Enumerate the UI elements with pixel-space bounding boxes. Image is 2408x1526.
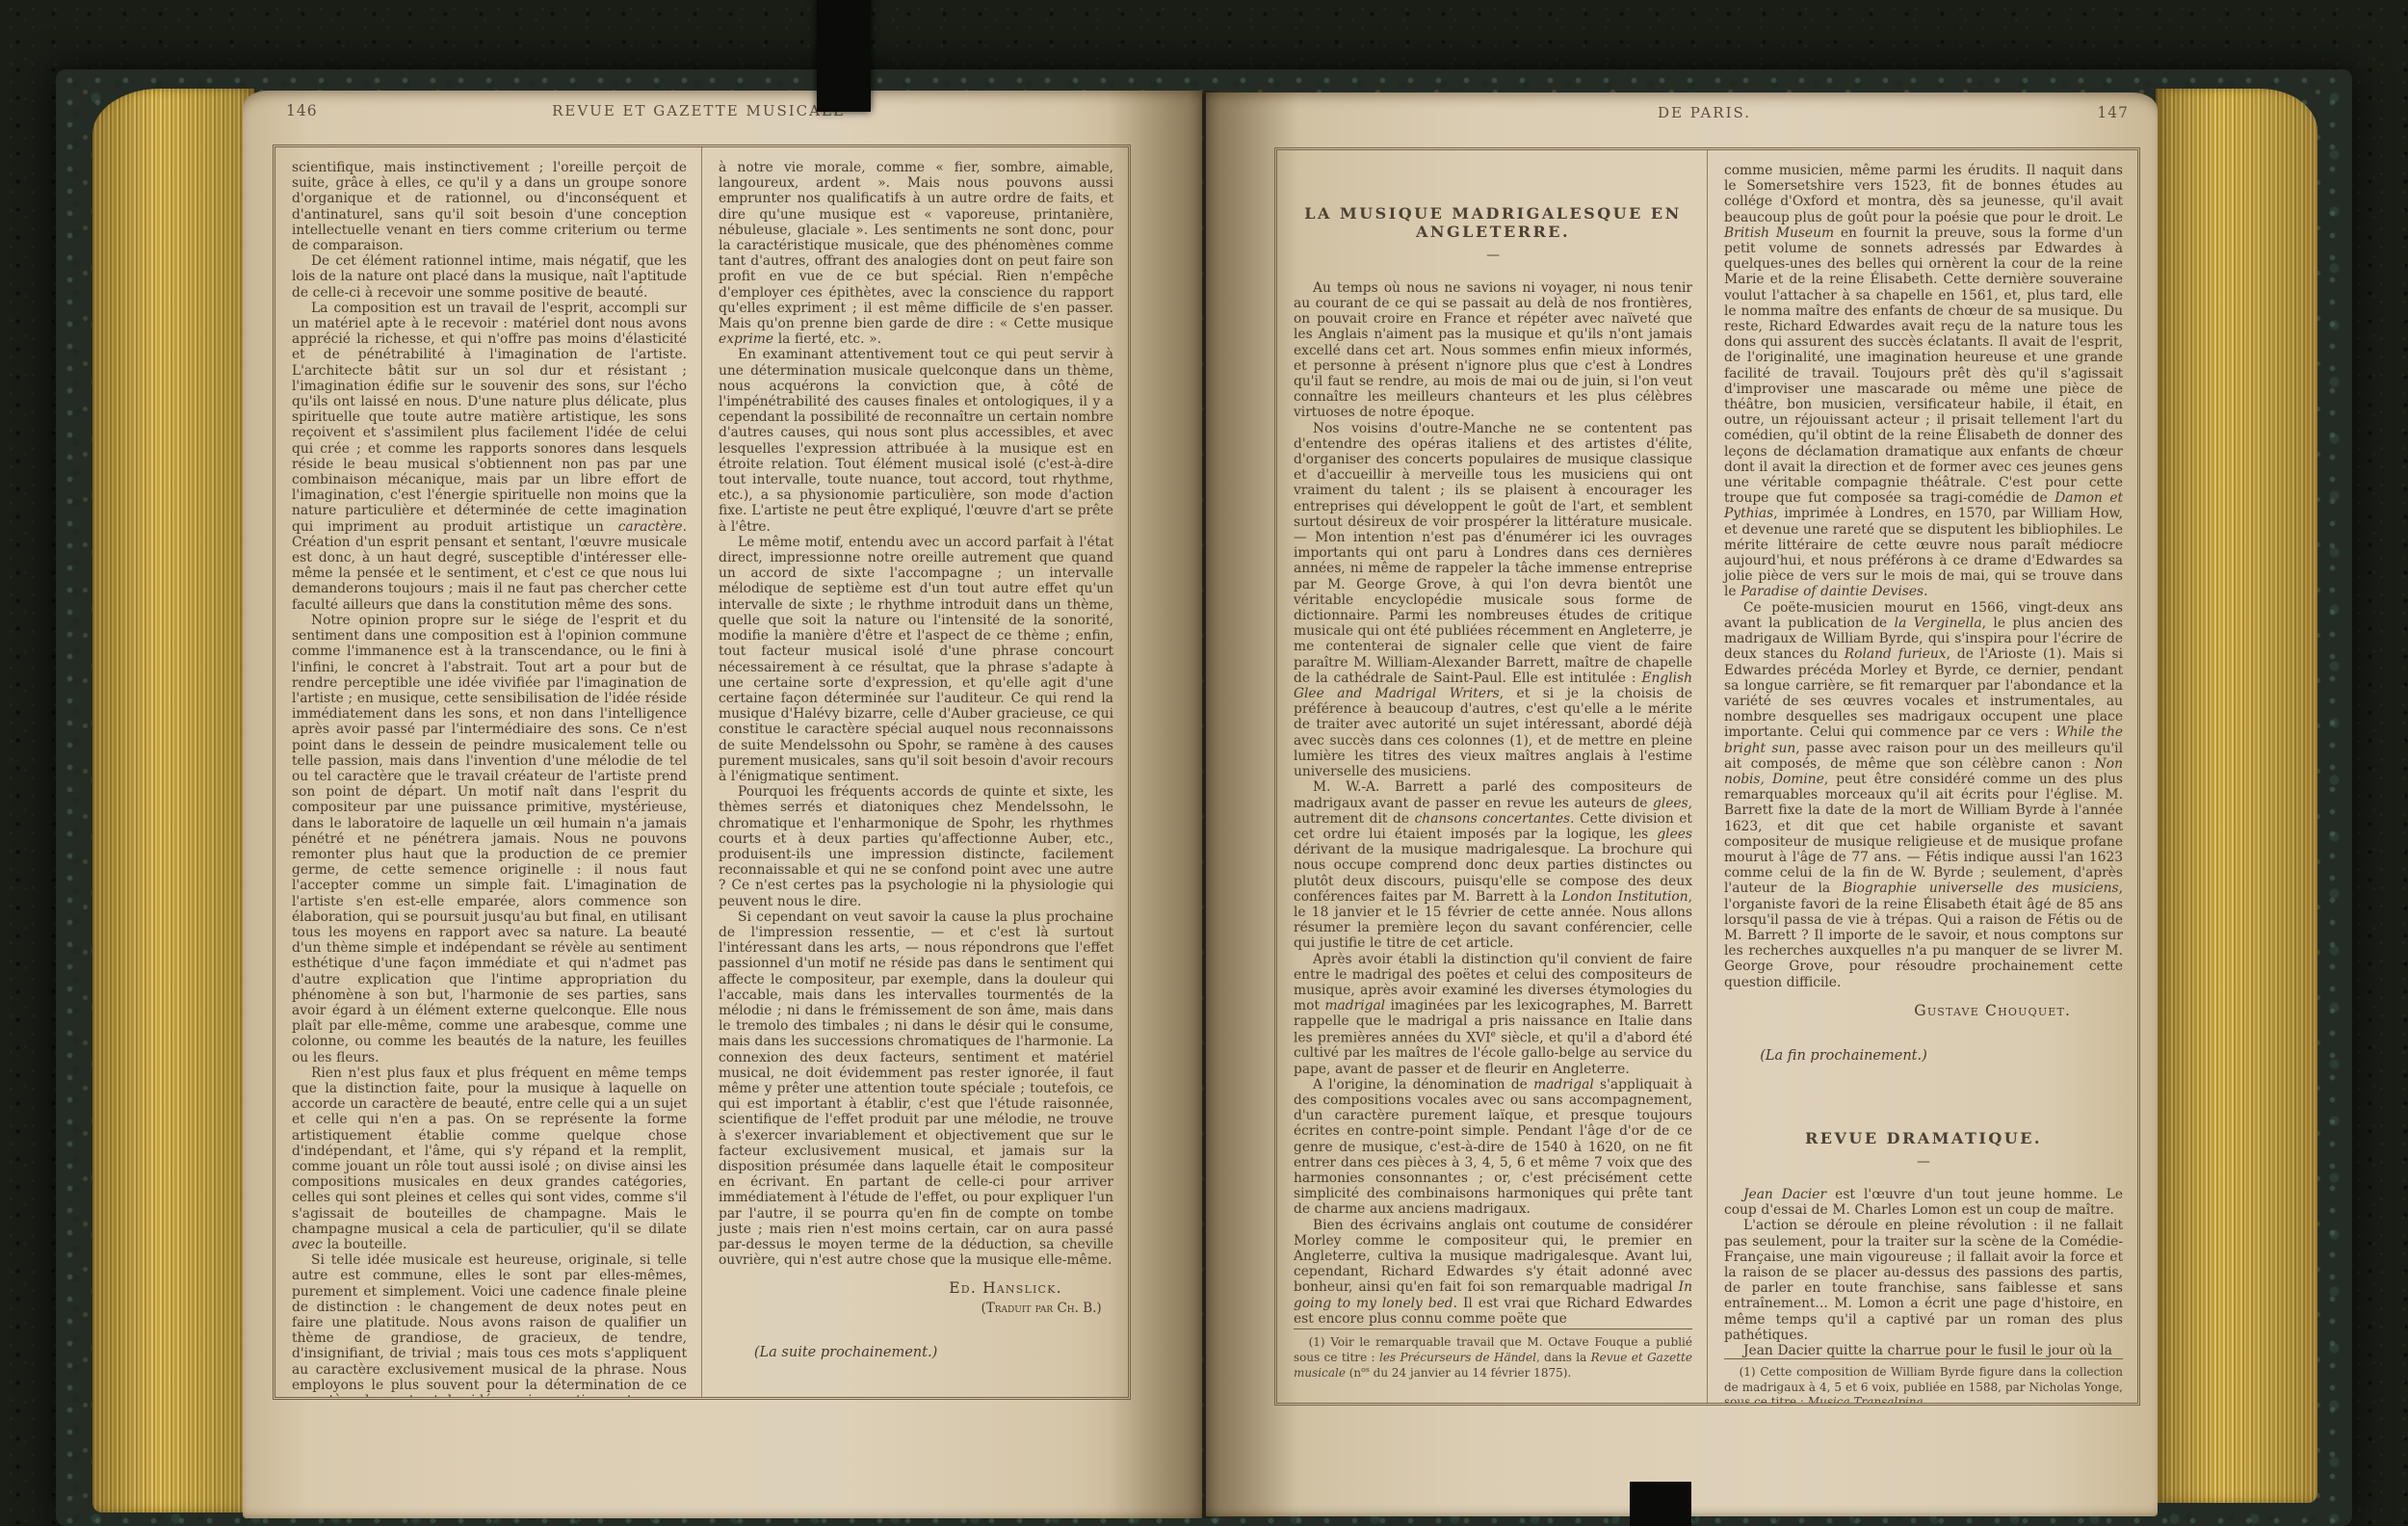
title-dash: — xyxy=(1294,248,1692,263)
continuation-notice: (La suite prochainement.) xyxy=(754,1345,1113,1361)
paragraph: à notre vie morale, comme « fier, sombre… xyxy=(719,160,1113,347)
footnote-1: (1) Voir le remarquable travail que M. O… xyxy=(1294,1329,1692,1381)
page-147-column-1: LA MUSIQUE MADRIGALESQUE EN ANGLETERRE. … xyxy=(1277,150,1707,1403)
page-147-text-frame: LA MUSIQUE MADRIGALESQUE EN ANGLETERRE. … xyxy=(1274,147,2140,1406)
paragraph: comme musicien, même parmi les érudits. … xyxy=(1724,163,2123,600)
paragraph: M. W.-A. Barrett a parlé des compositeur… xyxy=(1294,779,1692,951)
author-signature-hanslick: Ed. Hanslick. xyxy=(719,1279,1062,1297)
column-text: comme musicien, même parmi les érudits. … xyxy=(1724,163,2123,990)
page-146-text-frame: scientifique, mais instinctivement ; l'o… xyxy=(273,145,1131,1400)
paragraph: Au temps où nous ne savions ni voyager, … xyxy=(1294,280,1692,421)
paragraph: Pourquoi les fréquents accords de quinte… xyxy=(719,784,1113,909)
page-number-right: 147 xyxy=(2097,104,2129,121)
footnote-2: (1) Cette composition de William Byrde f… xyxy=(1724,1358,2123,1403)
page-147-header: DE PARIS. 147 xyxy=(1274,104,2134,133)
paragraph: A l'origine, la dénomination de madrigal… xyxy=(1294,1077,1692,1218)
column-text: Jean Dacier est l'œuvre d'un tout jeune … xyxy=(1724,1187,2123,1358)
paragraph: Rien n'est plus faux et plus fréquent en… xyxy=(292,1066,687,1252)
paragraph: Nos voisins d'outre-Manche ne se content… xyxy=(1294,421,1692,780)
page-146-column-2: à notre vie morale, comme « fier, sombre… xyxy=(701,147,1128,1397)
black-strap-bottom xyxy=(1630,1482,1691,1526)
page-edges-right xyxy=(2156,89,2317,1503)
page-146-header: 146 REVUE ET GAZETTE MUSICALE xyxy=(273,102,1125,131)
page-146-column-1: scientifique, mais instinctivement ; l'o… xyxy=(275,147,701,1397)
paragraph: En examinant attentivement tout ce qui p… xyxy=(719,347,1113,534)
paragraph: De cet élément rationnel intime, mais né… xyxy=(292,253,687,301)
title-dash: — xyxy=(1724,1154,2123,1170)
author-signature-chouquet: Gustave Chouquet. xyxy=(1724,1002,2071,1019)
paragraph: La composition est un travail de l'espri… xyxy=(292,301,687,613)
paragraph: scientifique, mais instinctivement ; l'o… xyxy=(292,160,687,253)
page-edges-left xyxy=(92,89,254,1513)
column-text: Au temps où nous ne savions ni voyager, … xyxy=(1294,280,1692,1327)
article-title-revue-dramatique: REVUE DRAMATIQUE. xyxy=(1724,1130,2123,1148)
column-text: à notre vie morale, comme « fier, sombre… xyxy=(719,160,1113,1268)
paragraph: Si cependant on veut savoir la cause la … xyxy=(719,909,1113,1269)
paragraph: Bien des écrivains anglais ont coutume d… xyxy=(1294,1218,1692,1327)
paragraph: Jean Dacier quitte la charrue pour le fu… xyxy=(1724,1343,2123,1358)
article-title-madrigalesque: LA MUSIQUE MADRIGALESQUE EN ANGLETERRE. xyxy=(1294,205,1692,242)
page-147-column-2: comme musicien, même parmi les érudits. … xyxy=(1707,150,2137,1403)
photo-background: 146 REVUE ET GAZETTE MUSICALE DE PARIS. … xyxy=(0,0,2408,1526)
paragraph: Notre opinion propre sur le siége de l'e… xyxy=(292,613,687,1066)
paragraph: Si telle idée musicale est heureuse, ori… xyxy=(292,1252,687,1397)
journal-title-left: REVUE ET GAZETTE MUSICALE xyxy=(273,102,1125,119)
black-strap-top xyxy=(817,0,871,112)
paragraph: Après avoir établi la distinction qu'il … xyxy=(1294,952,1692,1077)
paragraph: Le même motif, entendu avec un accord pa… xyxy=(719,535,1113,784)
translator-credit: (Traduit par Ch. B.) xyxy=(719,1302,1102,1317)
journal-title-right: DE PARIS. xyxy=(1274,104,2134,121)
paragraph: L'action se déroule en pleine révolution… xyxy=(1724,1218,2123,1343)
continuation-notice: (La fin prochainement.) xyxy=(1760,1048,2123,1065)
paragraph: Jean Dacier est l'œuvre d'un tout jeune … xyxy=(1724,1187,2123,1218)
paragraph: Ce poëte-musicien mourut en 1566, vingt-… xyxy=(1724,600,2123,990)
